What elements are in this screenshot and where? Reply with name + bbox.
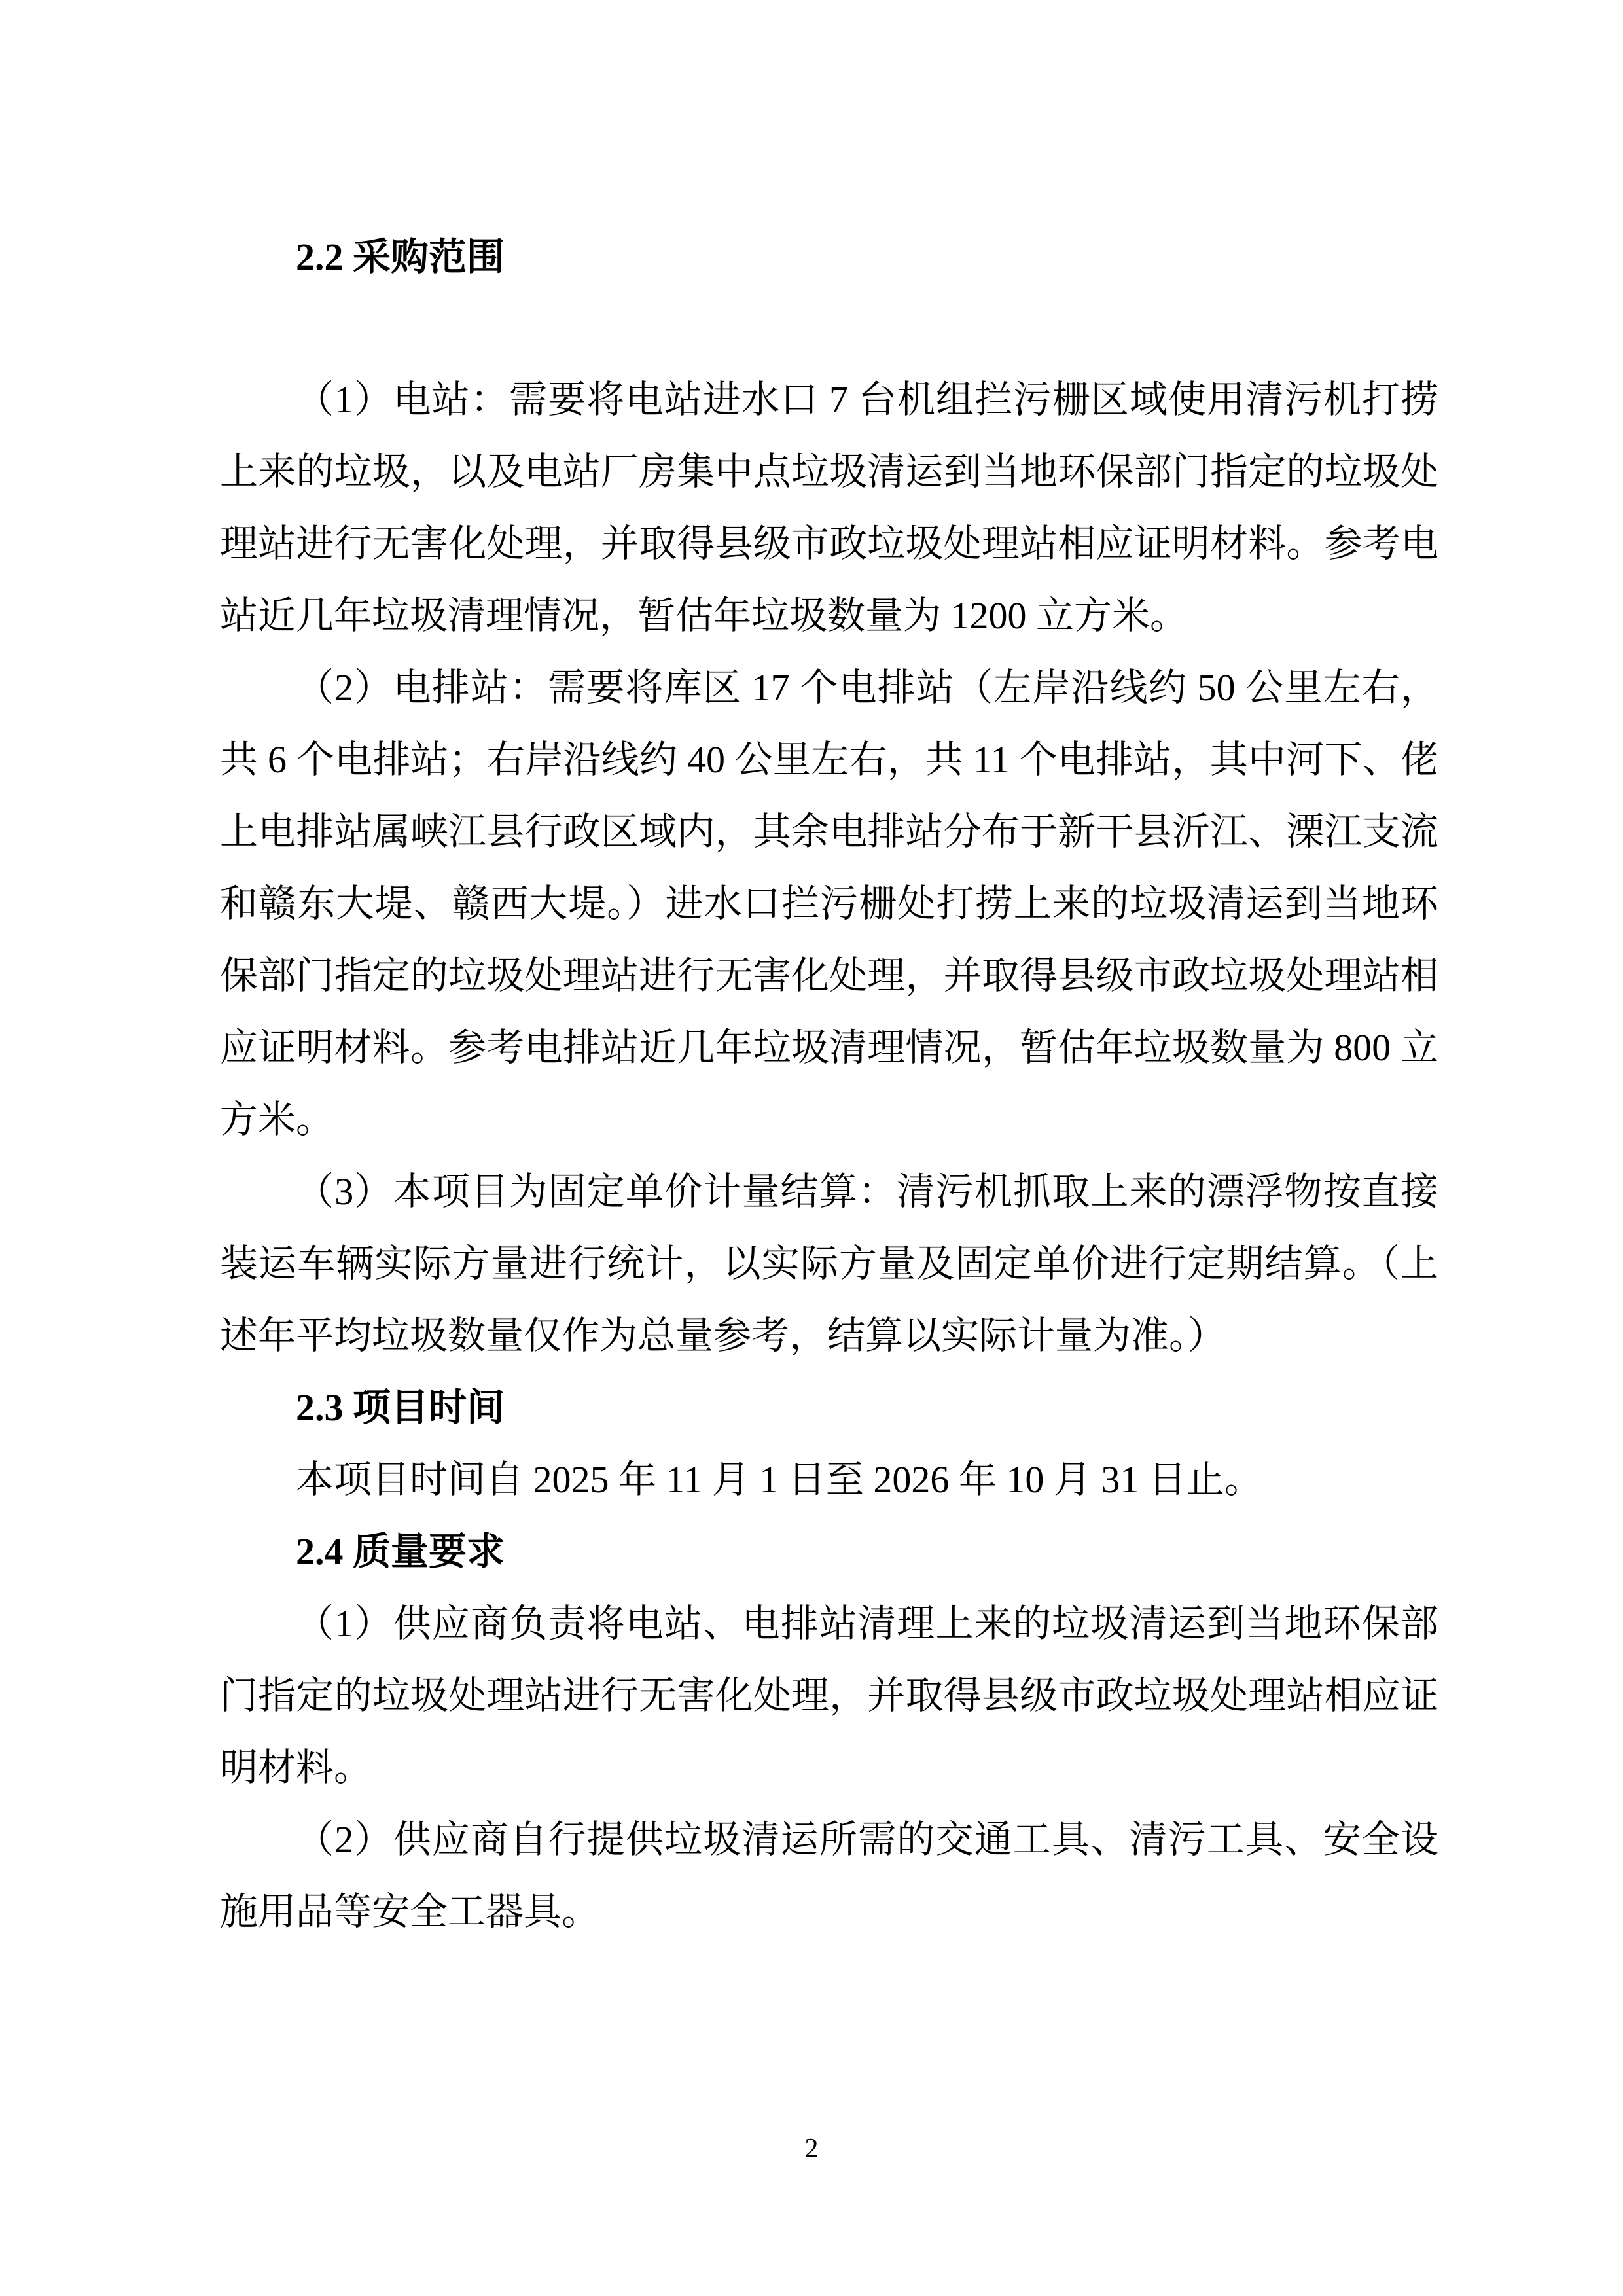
document-page: 2.2 采购范围 （1）电站：需要将电站进水口 7 台机组拦污栅区域使用清污机打… xyxy=(0,0,1623,2296)
document-body: 2.2 采购范围 （1）电站：需要将电站进水口 7 台机组拦污栅区域使用清污机打… xyxy=(220,221,1438,1948)
heading-quality-requirements: 2.4 质量要求 xyxy=(220,1516,1438,1588)
para-pump-stations-scope: （2）电排站：需要将库区 17 个电排站（左岸沿线约 50 公里左右，共 6 个… xyxy=(220,652,1438,1156)
page-footer: 2 xyxy=(0,2132,1623,2165)
para-quality-requirement-1: （1）供应商负责将电站、电排站清理上来的垃圾清运到当地环保部门指定的垃圾处理站进… xyxy=(220,1588,1438,1804)
para-project-time: 本项目时间自 2025 年 11 月 1 日至 2026 年 10 月 31 日… xyxy=(220,1444,1438,1516)
para-fixed-unit-price-settlement: （3）本项目为固定单价计量结算：清污机抓取上来的漂浮物按直接装运车辆实际方量进行… xyxy=(220,1156,1438,1372)
page-number: 2 xyxy=(805,2134,819,2164)
para-power-station-scope: （1）电站：需要将电站进水口 7 台机组拦污栅区域使用清污机打捞上来的垃圾，以及… xyxy=(220,364,1438,652)
heading-project-time: 2.3 项目时间 xyxy=(220,1372,1438,1444)
para-quality-requirement-2: （2）供应商自行提供垃圾清运所需的交通工具、清污工具、安全设施用品等安全工器具。 xyxy=(220,1804,1438,1948)
heading-procurement-scope: 2.2 采购范围 xyxy=(220,221,1438,293)
